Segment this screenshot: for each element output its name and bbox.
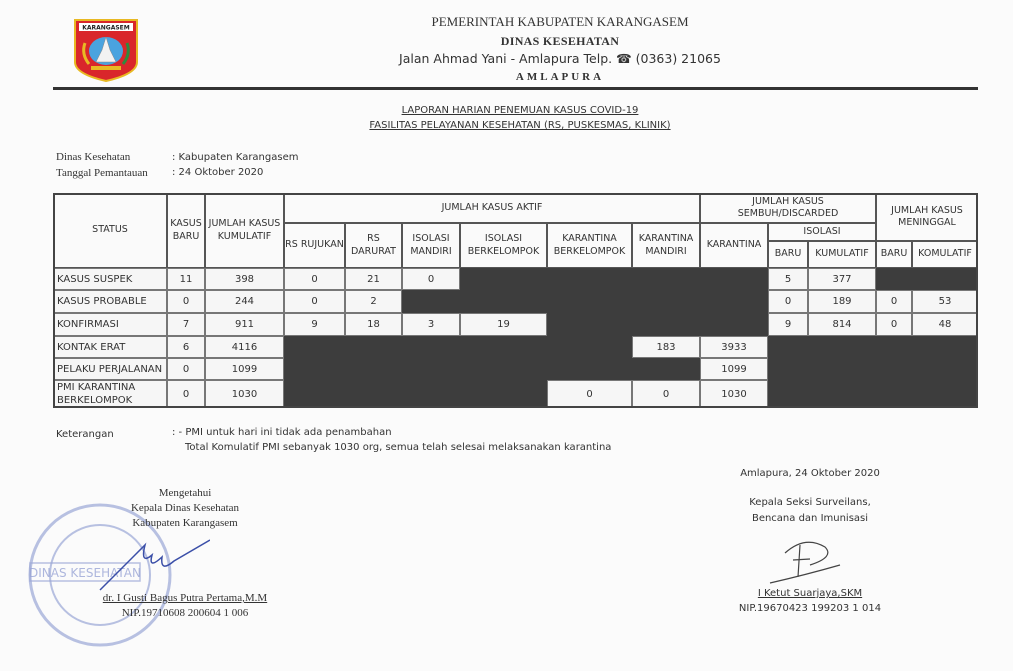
keterangan-line-1: : - PMI untuk hari ini tidak ada penamba… (172, 427, 392, 438)
karangasem-crest-logo: KARANGASEM (71, 18, 141, 82)
table-cell: 4116 (205, 336, 284, 358)
table-cell: 0 (167, 358, 205, 380)
header-meninggal: JUMLAH KASUS MENINGGAL (876, 193, 978, 241)
header-isolasi: ISOLASI (768, 223, 876, 241)
header-jumlah-kumulatif: JUMLAH KASUS KUMULATIF (205, 193, 284, 268)
header-isolasi-kumulatif: KUMULATIF (808, 241, 876, 268)
header-karantina-berkelompok: KARANTINA BERKELOMPOK (547, 223, 632, 268)
table-cell: 7 (167, 313, 205, 336)
table-cell: 21 (345, 268, 402, 290)
header-meninggal-baru: BARU (876, 241, 912, 268)
table-cell: 19 (460, 313, 547, 336)
header-rs-darurat: RS DARURAT (345, 223, 402, 268)
sig-right-nip: NIP.19670423 199203 1 014 (700, 603, 920, 614)
table-cell: 377 (808, 268, 876, 290)
sig-right-name: I Ketut Suarjaya,SKM (700, 588, 920, 599)
table-cell: 1099 (205, 358, 284, 380)
table-cell: 11 (167, 268, 205, 290)
table-cell: 0 (167, 380, 205, 408)
table-cell: 814 (808, 313, 876, 336)
agency-name: DINAS KESEHATAN (290, 34, 830, 49)
row-status-label: PELAKU PERJALANAN (53, 358, 167, 380)
tanggal-label: Tanggal Pemantauan (56, 167, 148, 179)
table-cell: 5 (768, 268, 808, 290)
table-cell: 53 (912, 290, 978, 313)
table-cell: 911 (205, 313, 284, 336)
sig-left-mengetahui: Mengetahui (40, 487, 330, 499)
header-karantina-mandiri: KARANTINA MANDIRI (632, 223, 700, 268)
table-cell: 189 (808, 290, 876, 313)
table-cell: 1099 (700, 358, 768, 380)
table-cell: 1030 (205, 380, 284, 408)
sig-right-title-2: Bencana dan Imunisasi (700, 513, 920, 524)
table-cell: 244 (205, 290, 284, 313)
table-cell: 0 (402, 268, 460, 290)
logo-text: KARANGASEM (82, 25, 130, 32)
sig-left-nip: NIP.19710608 200604 1 006 (40, 607, 330, 619)
sig-right-place-date: Amlapura, 24 Oktober 2020 (700, 468, 920, 479)
header-karantina: KARANTINA (700, 223, 768, 268)
dinas-label: Dinas Kesehatan (56, 151, 130, 163)
keterangan-line-2: Total Komulatif PMI sebanyak 1030 org, s… (185, 442, 611, 453)
row-status-label: KONFIRMASI (53, 313, 167, 336)
report-title: LAPORAN HARIAN PENEMUAN KASUS COVID-19 (300, 105, 740, 116)
sig-right-title-1: Kepala Seksi Surveilans, (700, 497, 920, 508)
header-isolasi-baru: BARU (768, 241, 808, 268)
tanggal-value: : 24 Oktober 2020 (172, 167, 263, 178)
sig-left-name: dr. I Gusti Bagus Putra Pertama,M.M (40, 592, 330, 604)
table-cell: 3 (402, 313, 460, 336)
letterhead-divider (53, 87, 978, 90)
table-cell: 1030 (700, 380, 768, 408)
row-status-label: PMI KARANTINA BERKELOMPOK (53, 380, 167, 408)
signature-scribble-right (765, 535, 865, 585)
table-cell: 3933 (700, 336, 768, 358)
row-status-label: KONTAK ERAT (53, 336, 167, 358)
covid-case-table: STATUS KASUS BARU JUMLAH KASUS KUMULATIF… (53, 193, 978, 408)
agency-address: Jalan Ahmad Yani - Amlapura Telp. ☎ (036… (290, 51, 830, 66)
table-cell: 0 (768, 290, 808, 313)
table-cell: 2 (345, 290, 402, 313)
table-cell: 0 (876, 313, 912, 336)
header-status: STATUS (53, 193, 167, 268)
report-subtitle: FASILITAS PELAYANAN KESEHATAN (RS, PUSKE… (300, 120, 740, 131)
table-cell: 0 (284, 290, 345, 313)
sig-left-region: Kabupaten Karangasem (40, 517, 330, 529)
header-isolasi-mandiri: ISOLASI MANDIRI (402, 223, 460, 268)
keterangan-label: Keterangan (56, 429, 114, 440)
agency-city: AMLAPURA (290, 71, 830, 83)
header-kasus-baru: KASUS BARU (167, 193, 205, 268)
table-cell: 0 (547, 380, 632, 408)
government-name: PEMERINTAH KABUPATEN KARANGASEM (290, 14, 830, 30)
table-cell: 9 (768, 313, 808, 336)
table-cell: 18 (345, 313, 402, 336)
header-meninggal-kumulatif: KOMULATIF (912, 241, 978, 268)
row-status-label: KASUS PROBABLE (53, 290, 167, 313)
row-status-label: KASUS SUSPEK (53, 268, 167, 290)
sig-left-title: Kepala Dinas Kesehatan (40, 502, 330, 514)
table-cell: 9 (284, 313, 345, 336)
table-cell: 48 (912, 313, 978, 336)
header-kasus-aktif: JUMLAH KASUS AKTIF (284, 193, 700, 223)
table-cell: 398 (205, 268, 284, 290)
table-cell: 183 (632, 336, 700, 358)
table-cell: 0 (876, 290, 912, 313)
table-cell: 6 (167, 336, 205, 358)
header-sembuh-discarded: JUMLAH KASUS SEMBUH/DISCARDED (700, 193, 876, 223)
table-cell: 0 (167, 290, 205, 313)
header-rs-rujukan: RS RUJUKAN (284, 223, 345, 268)
table-cell: 0 (284, 268, 345, 290)
header-isolasi-berkelompok: ISOLASI BERKELOMPOK (460, 223, 547, 268)
table-cell: 0 (632, 380, 700, 408)
signature-scribble-left (90, 535, 210, 595)
dinas-value: : Kabupaten Karangasem (172, 152, 298, 163)
